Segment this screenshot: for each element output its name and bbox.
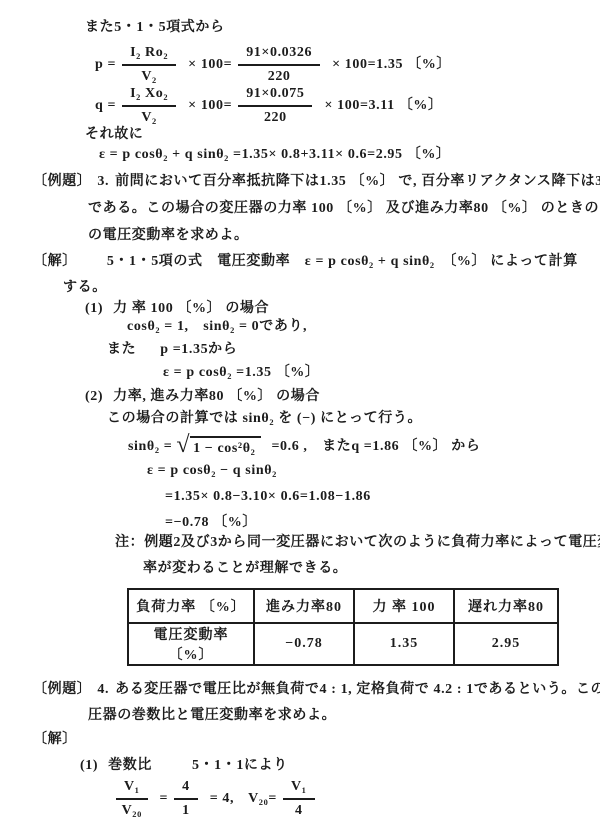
- case1-also: また: [107, 341, 136, 359]
- radicand: 1 − cos²θ₂: [190, 436, 261, 458]
- table-header-cell: 遅れ力率80: [454, 589, 558, 623]
- solution3-intro2: する。: [63, 279, 107, 297]
- note-label: 注：: [115, 534, 144, 552]
- fraction: 91×0.0326 220: [238, 44, 320, 86]
- fraction: V₁ 4: [283, 778, 315, 820]
- case1-title: 力 率 100 〔%〕 の場合: [113, 300, 269, 318]
- case1-marker: (1): [85, 300, 103, 318]
- note-line2: 率が変わることが理解できる。: [143, 560, 347, 578]
- formula-p-lhs: p =: [95, 56, 116, 74]
- numerator: I₂ Xo₂: [122, 85, 176, 107]
- case1-line1: cosθ₂ = 1, sinθ₂ = 0であり,: [127, 318, 307, 336]
- formula-q: q = I₂ Xo₂ V₂ × 100= 91×0.075 220 × 100=…: [95, 85, 443, 127]
- equals-sign: =: [160, 790, 169, 808]
- solution4-label: 〔解〕: [33, 731, 77, 749]
- table-header-cell: 負荷力率 〔%〕: [128, 589, 254, 623]
- v20-equals: V₂₀=: [248, 790, 277, 808]
- case2-marker: (2): [85, 388, 103, 406]
- intro-line: また5・1・5項式から: [85, 19, 225, 37]
- table-data-row: 電圧変動率 〔%〕 −0.78 1.35 2.95: [128, 623, 558, 665]
- example3-line1: 前問において百分率抵抗降下は1.35 〔%〕 で, 百分率リアクタンス降下は3.…: [115, 173, 600, 191]
- example3-line2: である。この場合の変圧器の力率 100 〔%〕 及び進み力率80 〔%〕 のとき…: [88, 200, 600, 218]
- case1-ref: 5・1・1により: [192, 757, 288, 775]
- formula-q-rhs: × 100=3.11 〔%〕: [324, 97, 442, 115]
- example3-line3: の電圧変動率を求めよ。: [88, 227, 249, 245]
- table-header-cell: 力 率 100: [354, 589, 454, 623]
- numerator: 91×0.0326: [238, 44, 320, 66]
- case1-given: p =1.35から: [160, 341, 237, 359]
- case1-marker: (1): [80, 757, 98, 775]
- note-line1: 注： 例題2及び3から同一変圧器において次のように負荷力率によって電圧変動: [115, 534, 600, 552]
- voltage-regulation-table: 負荷力率 〔%〕 進み力率80 力 率 100 遅れ力率80 電圧変動率 〔%〕…: [127, 588, 559, 666]
- fraction: I₂ Ro₂ V₂: [122, 44, 176, 86]
- formula-q-lhs: q =: [95, 97, 116, 115]
- sqrt-rhs: =0.6 , またq =1.86 〔%〕 から: [271, 438, 480, 456]
- example-number: 4.: [97, 681, 109, 699]
- case2-title: 力率, 進み力率80 〔%〕 の場合: [113, 388, 320, 406]
- case1-result: ε = p cosθ₂ =1.35 〔%〕: [163, 364, 320, 382]
- fraction: 91×0.075 220: [238, 85, 312, 127]
- numerator: V₁: [283, 778, 315, 800]
- table-header-cell: 進み力率80: [254, 589, 354, 623]
- solution-label: 〔解〕: [33, 253, 77, 271]
- radical-sign-icon: √: [176, 435, 190, 455]
- denominator: V₂: [141, 66, 157, 86]
- denominator: V₂₀: [122, 800, 142, 820]
- denominator: 220: [268, 66, 291, 86]
- case2-line1: この場合の計算では sinθ₂ を (−) にとって行う。: [107, 410, 422, 428]
- example-label: 〔例題〕: [33, 173, 91, 191]
- denominator: 1: [182, 800, 190, 820]
- denominator: 220: [264, 107, 287, 127]
- solution3-case1-title: (1) 力 率 100 〔%〕 の場合: [85, 300, 269, 318]
- numerator: I₂ Ro₂: [122, 44, 176, 66]
- example4-line2: 圧器の巻数比と電圧変動率を求めよ。: [88, 707, 336, 725]
- epsilon-total-formula: ε = p cosθ₂ + q sinθ₂ =1.35× 0.8+3.11× 0…: [99, 146, 451, 164]
- formula-p-rhs: × 100=1.35 〔%〕: [332, 56, 451, 74]
- case2-eps1: ε = p cosθ₂ − q sinθ₂: [147, 462, 277, 480]
- numerator: V₁: [116, 778, 148, 800]
- sqrt-radical: √ 1 − cos²θ₂: [176, 436, 261, 458]
- solution3-case2-title: (2) 力率, 進み力率80 〔%〕 の場合: [85, 388, 320, 406]
- denominator: 4: [295, 800, 303, 820]
- case1-line2: また p =1.35から: [107, 341, 237, 359]
- table-value-cell: −0.78: [254, 623, 354, 665]
- equals-four: = 4,: [210, 790, 234, 808]
- table-value-cell: 1.35: [354, 623, 454, 665]
- turns-ratio-formula: V₁ V₂₀ = 4 1 = 4, V₂₀= V₁ 4: [110, 778, 321, 820]
- formula-p: p = I₂ Ro₂ V₂ × 100= 91×0.0326 220 × 100…: [95, 44, 451, 86]
- sqrt-lhs: sinθ₂ =: [128, 438, 172, 456]
- case2-sqrt-line: sinθ₂ = √ 1 − cos²θ₂ =0.6 , またq =1.86 〔%…: [128, 436, 480, 458]
- table-header-row: 負荷力率 〔%〕 進み力率80 力 率 100 遅れ力率80: [128, 589, 558, 623]
- numerator: 4: [174, 778, 198, 800]
- denominator: V₂: [141, 107, 157, 127]
- case2-eps2: =1.35× 0.8−3.10× 0.6=1.08−1.86: [165, 488, 371, 506]
- note-text1: 例題2及び3から同一変圧器において次のように負荷力率によって電圧変動: [144, 534, 600, 552]
- formula-p-mid: × 100=: [188, 56, 232, 74]
- example4-heading: 〔例題〕 4. ある変圧器で電圧比が無負荷で4 : 1, 定格負荷で 4.2 :…: [33, 681, 600, 699]
- solution3-heading: 〔解〕 5・1・5項の式 電圧変動率 ε = p cosθ₂ + q sinθ₂…: [33, 253, 578, 271]
- example4-line1: ある変圧器で電圧比が無負荷で4 : 1, 定格負荷で 4.2 : 1であるという…: [115, 681, 600, 699]
- example3-heading: 〔例題〕 3. 前問において百分率抵抗降下は1.35 〔%〕 で, 百分率リアク…: [33, 173, 600, 191]
- case2-eps3: =−0.78 〔%〕: [165, 514, 257, 532]
- fraction: V₁ V₂₀: [116, 778, 148, 820]
- formula-q-mid: × 100=: [188, 97, 232, 115]
- solution4-case1-title: (1) 巻数比 5・1・1により: [80, 757, 288, 775]
- example-number: 3.: [97, 173, 109, 191]
- fraction: I₂ Xo₂ V₂: [122, 85, 176, 127]
- case1-title: 巻数比: [108, 757, 152, 775]
- therefore-line: それ故に: [85, 126, 143, 144]
- fraction: 4 1: [174, 778, 198, 820]
- example-label: 〔例題〕: [33, 681, 91, 699]
- document-page: また5・1・5項式から p = I₂ Ro₂ V₂ × 100= 91×0.03…: [0, 0, 600, 838]
- numerator: 91×0.075: [238, 85, 312, 107]
- table-value-cell: 2.95: [454, 623, 558, 665]
- table-row-label: 電圧変動率 〔%〕: [128, 623, 254, 665]
- solution3-intro: 5・1・5項の式 電圧変動率 ε = p cosθ₂ + q sinθ₂ 〔%〕…: [107, 253, 578, 271]
